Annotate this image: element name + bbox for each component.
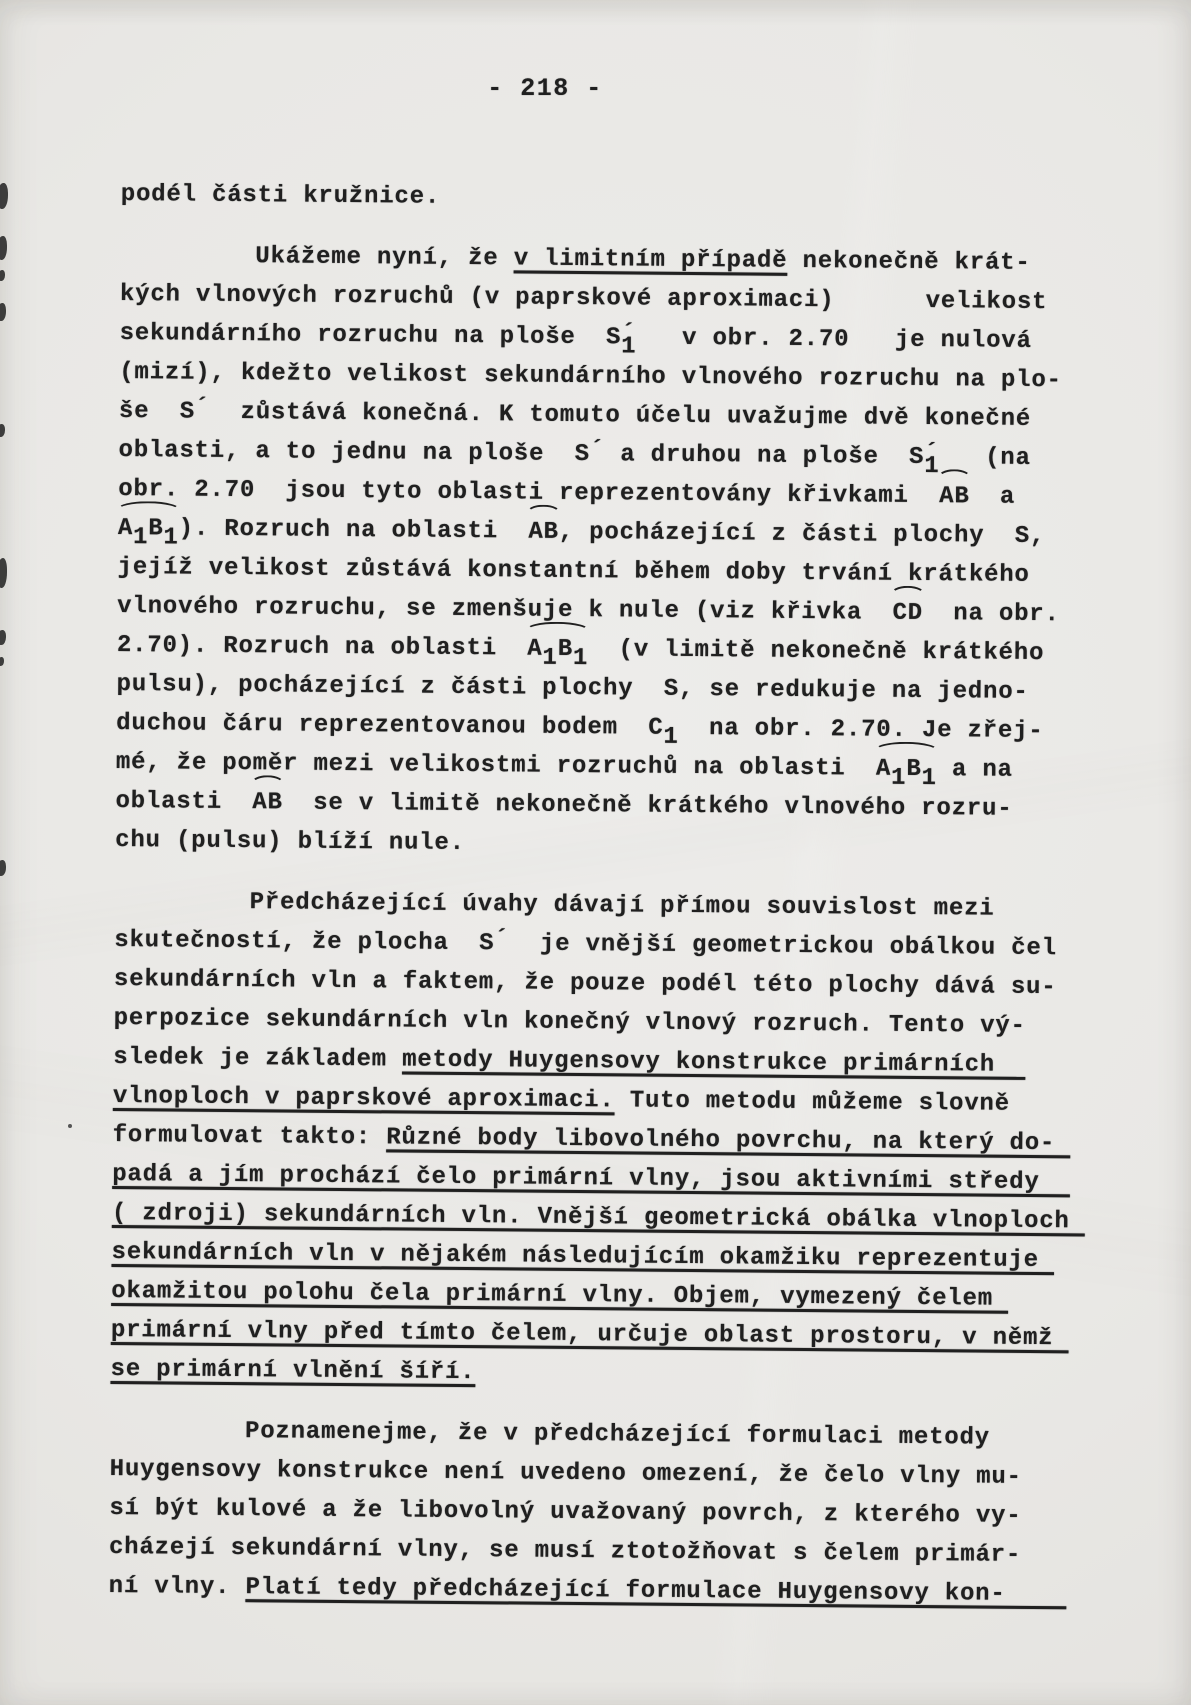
arc-notation: A1B1 [118, 509, 179, 549]
arc-notation: A1B1 [876, 750, 937, 790]
text-segment: , pocházející z části plochy S, [559, 519, 1046, 550]
text-segment: mé, že poměr mezi velikostmi rozruchů na… [116, 749, 876, 783]
text-segment: podél části kružnice. [121, 181, 440, 211]
text-line: podél části kružnice. [121, 175, 1141, 223]
text-segment: kých vlnových rozruchů (v paprskové apro… [120, 281, 1048, 316]
page-body: podél části kružnice.Ukážeme nyní, že v … [108, 175, 1141, 1637]
text-segment: oblasti, a to jednu na ploše [118, 437, 574, 468]
scan-mark [0, 303, 6, 321]
scan-mark [0, 424, 5, 437]
text-segment: S [606, 324, 621, 351]
paragraph: Předcházející úvahy dávají přímou souvis… [110, 882, 1134, 1398]
text-segment: B [558, 636, 573, 663]
arc-notation: AB [528, 513, 559, 552]
scan-mark [0, 236, 7, 260]
text-segment: ´ [590, 431, 606, 470]
arc-notation: A1B1 [527, 630, 588, 670]
text-segment: sekundárních vln v nějakém následujícím … [111, 1239, 1054, 1274]
text-segment: Platí tedy předcházející formulace Huyge… [245, 1574, 1066, 1608]
text-segment: metody Huygensovy konstrukce primárních [402, 1046, 1026, 1078]
text-segment: sekundárních vln a faktem, že pouze podé… [114, 966, 1057, 1001]
text-segment: na obr. [923, 600, 1060, 628]
text-segment: obr. 2.70 jsou tyto oblasti reprezentová… [118, 476, 939, 510]
text-segment: 1 [621, 327, 637, 366]
text-segment: S [575, 441, 590, 468]
text-segment: Huygensovy konstrukce není uvedeno omeze… [110, 1456, 1022, 1491]
arc-notation: AB [939, 477, 970, 516]
scan-mark [0, 657, 4, 666]
text-segment: Poznamenejme, že v předcházející formula… [245, 1418, 990, 1451]
text-segment: perpozice sekundárních vln konečný vlnov… [114, 1005, 1026, 1040]
text-segment: Předcházející úvahy dávají přímou souvis… [250, 889, 995, 922]
text-segment: Ukážeme nyní, že [255, 243, 514, 272]
scan-mark [0, 630, 6, 645]
text-segment: na obr. 2.70. Je zřej- [679, 715, 1044, 745]
arc-notation: AB [252, 783, 283, 822]
text-segment: jejíž velikost zůstává konstantní během … [117, 554, 1029, 589]
scan-mark [0, 183, 8, 209]
text-segment: A [118, 515, 133, 542]
text-segment: 1 [133, 518, 149, 557]
text-segment: še [119, 398, 180, 426]
text-segment: v obr. 2.70 je nulová [636, 325, 1031, 355]
text-segment: 1 [921, 759, 937, 798]
text-segment: v limitním případě [514, 245, 788, 274]
text-segment: 1 [542, 639, 558, 678]
text-segment: (mizí), kdežto velikost sekundárního vln… [119, 359, 1062, 394]
text-segment: 1 [573, 639, 589, 678]
text-segment: B [906, 756, 921, 783]
text-segment: padá a jím prochází čelo primární vlny, … [112, 1161, 1070, 1196]
scanned-page: { "page": { "header": "- 218 -" }, "colo… [0, 0, 1191, 1705]
arc-notation: CD [892, 594, 923, 633]
paragraph: Poznamenejme, že v předcházející formula… [109, 1411, 1131, 1615]
text-segment: sledek je základem [113, 1044, 402, 1074]
paragraph: Ukážeme nyní, že v limitním případě neko… [115, 236, 1140, 869]
text-segment: je vnější geometrickou obálkou čel [509, 930, 1057, 962]
text-segment: ´ [195, 389, 211, 428]
text-segment: A [527, 636, 542, 663]
text-segment: (na [939, 444, 1030, 472]
paragraph: podél části kružnice. [121, 175, 1141, 223]
text-segment: A [876, 756, 891, 783]
text-segment: oblasti [115, 788, 252, 816]
scan-mark [0, 860, 6, 876]
text-segment: formulovat takto: [113, 1122, 387, 1151]
text-segment: primární vlny před tímto čelem, určuje o… [111, 1317, 1069, 1352]
text-segment: ní vlny. [109, 1573, 246, 1601]
text-segment: cházejí sekundární vlny, se musí ztotožň… [109, 1534, 1021, 1569]
text-segment: ( zdroji) sekundárních vln. Vnější geome… [112, 1200, 1085, 1235]
text-segment: skutečností, že plocha [114, 927, 479, 957]
text-segment: sí být kulové a že libovolný uvažovaný p… [109, 1495, 1021, 1530]
text-segment: a [969, 483, 1015, 510]
text-segment: 1 [663, 718, 679, 757]
text-segment: a na [937, 756, 1013, 784]
text-segment: okamžitou polohu čela primární vlny. Obj… [111, 1278, 1008, 1313]
text-segment: (v limitě nekonečně krátkého [588, 636, 1044, 667]
scan-mark [0, 270, 5, 281]
text-segment: S [180, 399, 195, 426]
text-segment: Tuto metodu můžeme slovně [615, 1087, 1010, 1117]
scan-mark [0, 558, 7, 588]
text-segment: 2.70). Rozruch na oblasti [117, 632, 528, 663]
text-segment: B [148, 515, 163, 542]
text-segment: se primární vlnění šíří. [110, 1356, 475, 1386]
text-segment: nekonečně krát- [787, 248, 1030, 277]
text-segment: ). Rozruch na oblasti [179, 516, 529, 546]
text-segment: vlnoploch v paprskové aproximaci. [113, 1083, 615, 1114]
text-segment: S [479, 930, 494, 957]
text-segment: chu (pulsu) blíží nule. [115, 827, 465, 857]
text-segment: Různé body libovolného povrchu, na který… [386, 1124, 1070, 1157]
text-segment: a druhou na ploše [605, 441, 909, 471]
scan-speck [68, 1124, 72, 1128]
text-segment: 1 [891, 759, 907, 798]
text-segment: 1 [163, 518, 179, 557]
text-line: ní vlny. Platí tedy předcházející formul… [109, 1567, 1129, 1615]
text-segment: vlnového rozruchu, se zmenšuje k nule (v… [117, 593, 893, 627]
page-number: - 218 - [0, 74, 1090, 103]
text-segment: S [909, 444, 924, 471]
text-segment: sekundárního rozruchu na ploše [119, 320, 606, 351]
text-segment: zůstává konečná. K tomuto účelu uvažujme… [210, 399, 1031, 433]
text-segment: duchou čáru reprezentovanou bodem C [116, 710, 664, 742]
text-segment: ´ [494, 920, 510, 959]
